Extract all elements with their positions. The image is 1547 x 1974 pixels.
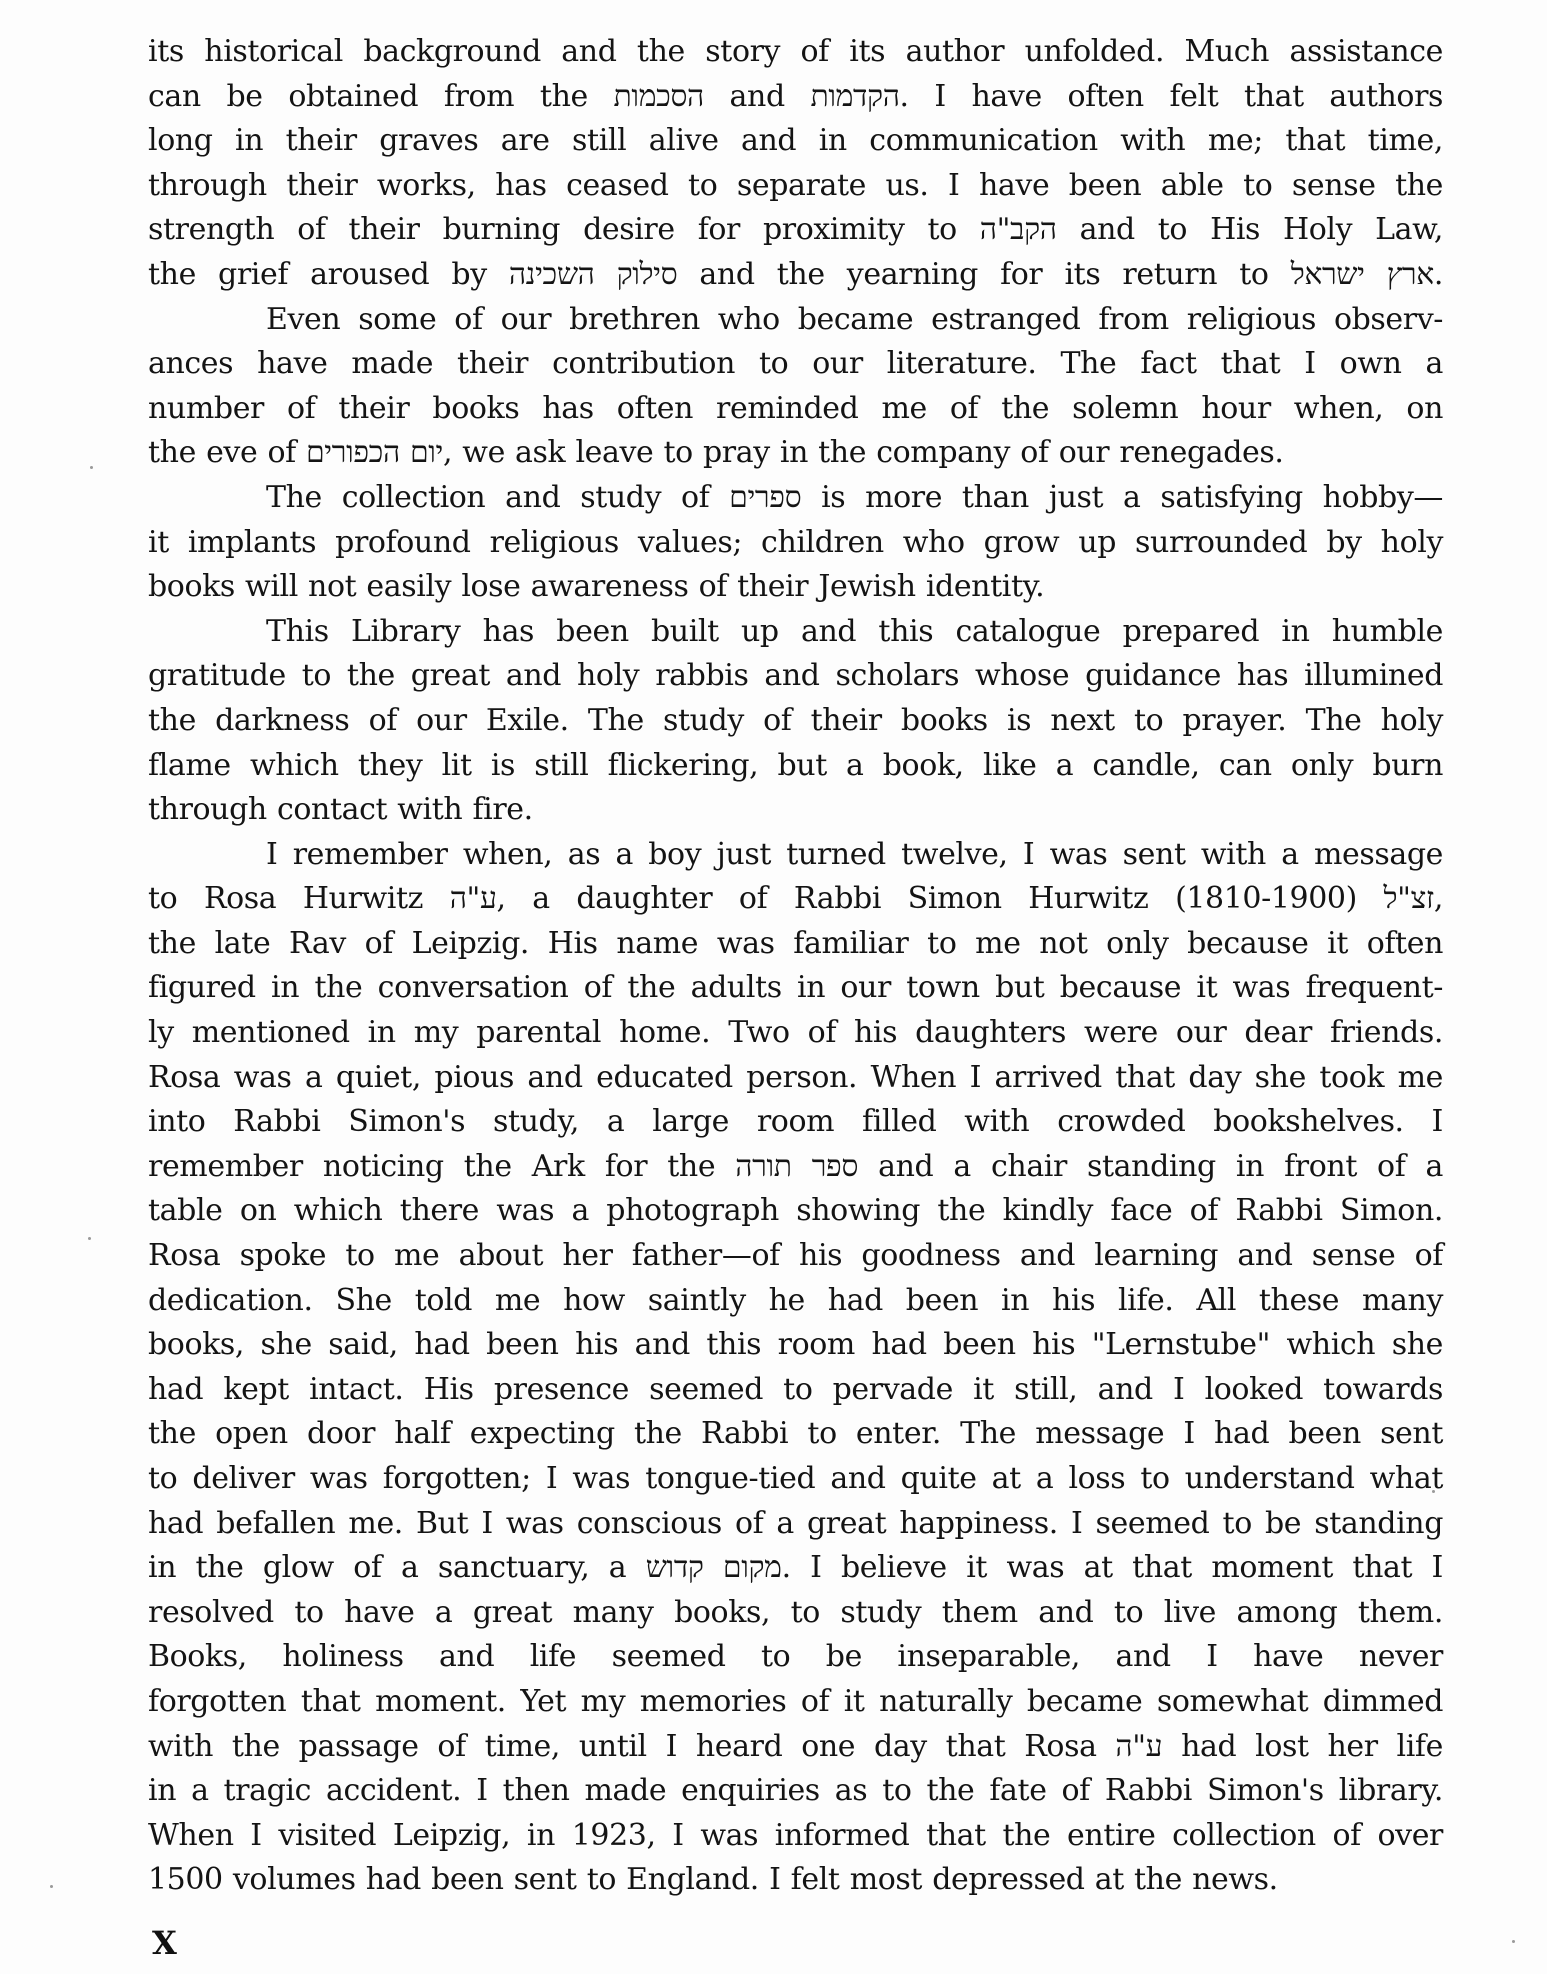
text-line: to Rosa Hurwitz ע"ה, a daughter of Rabbi… <box>148 877 1443 922</box>
text-line: I remember when, as a boy just turned tw… <box>148 833 1443 878</box>
text-line: The collection and study of ספרים is mor… <box>148 476 1443 521</box>
text-line: dedication. She told me how saintly he h… <box>148 1279 1443 1324</box>
text-line: resolved to have a great many books, to … <box>148 1591 1443 1636</box>
scan-speck <box>90 466 93 469</box>
body-text: its historical background and the story … <box>148 30 1443 1903</box>
book-page: its historical background and the story … <box>0 0 1547 1974</box>
text-line: had kept intact. His presence seemed to … <box>148 1368 1443 1413</box>
text-line: table on which there was a photograph sh… <box>148 1189 1443 1234</box>
text-line: long in their graves are still alive and… <box>148 119 1443 164</box>
paragraph: I remember when, as a boy just turned tw… <box>148 833 1443 1903</box>
paragraph: its historical background and the story … <box>148 30 1443 298</box>
text-line: in a tragic accident. I then made enquir… <box>148 1769 1443 1814</box>
paragraph: This Library has been built up and this … <box>148 610 1443 833</box>
paragraph: The collection and study of ספרים is mor… <box>148 476 1443 610</box>
text-line: the eve of יום הכפורים, we ask leave to … <box>148 431 1443 476</box>
text-line: through their works, has ceased to separ… <box>148 164 1443 209</box>
text-line: gratitude to the great and holy rabbis a… <box>148 654 1443 699</box>
text-line: into Rabbi Simon's study, a large room f… <box>148 1100 1443 1145</box>
text-line: can be obtained from the הסכמות and הקדמ… <box>148 75 1443 120</box>
text-line: Even some of our brethren who became est… <box>148 298 1443 343</box>
text-line: flame which they lit is still flickering… <box>148 744 1443 789</box>
text-line: Rosa was a quiet, pious and educated per… <box>148 1056 1443 1101</box>
text-line: the late Rav of Leipzig. His name was fa… <box>148 922 1443 967</box>
text-line: to deliver was forgotten; I was tongue-t… <box>148 1457 1443 1502</box>
text-line: it implants profound religious values; c… <box>148 521 1443 566</box>
text-line: figured in the conversation of the adult… <box>148 966 1443 1011</box>
text-line: number of their books has often reminded… <box>148 387 1443 432</box>
text-line: When I visited Leipzig, in 1923, I was i… <box>148 1814 1443 1859</box>
text-line: Books, holiness and life seemed to be in… <box>148 1635 1443 1680</box>
text-line: 1500 volumes had been sent to England. I… <box>148 1858 1443 1903</box>
text-line: ly mentioned in my parental home. Two of… <box>148 1011 1443 1056</box>
text-line: with the passage of time, until I heard … <box>148 1725 1443 1770</box>
scan-speck <box>1512 1940 1515 1943</box>
text-line: remember noticing the Ark for the ספר תו… <box>148 1145 1443 1190</box>
text-line: the open door half expecting the Rabbi t… <box>148 1412 1443 1457</box>
text-line: the grief aroused by סילוק השכינה and th… <box>148 253 1443 298</box>
scan-speck <box>88 1237 91 1240</box>
text-line: its historical background and the story … <box>148 30 1443 75</box>
text-line: strength of their burning desire for pro… <box>148 208 1443 253</box>
text-line: books will not easily lose awareness of … <box>148 565 1443 610</box>
paragraph: Even some of our brethren who became est… <box>148 298 1443 476</box>
text-line: books, she said, had been his and this r… <box>148 1323 1443 1368</box>
page-number: X <box>152 1924 177 1962</box>
text-line: forgotten that moment. Yet my memories o… <box>148 1680 1443 1725</box>
text-line: had befallen me. But I was conscious of … <box>148 1502 1443 1547</box>
text-line: Rosa spoke to me about her father—of his… <box>148 1234 1443 1279</box>
text-line: in the glow of a sanctuary, a מקום קדוש.… <box>148 1546 1443 1591</box>
scan-speck <box>1432 1490 1435 1493</box>
text-line: the darkness of our Exile. The study of … <box>148 699 1443 744</box>
text-line: ances have made their contribution to ou… <box>148 342 1443 387</box>
scan-speck <box>50 1885 53 1888</box>
text-line: This Library has been built up and this … <box>148 610 1443 655</box>
text-line: through contact with fire. <box>148 788 1443 833</box>
